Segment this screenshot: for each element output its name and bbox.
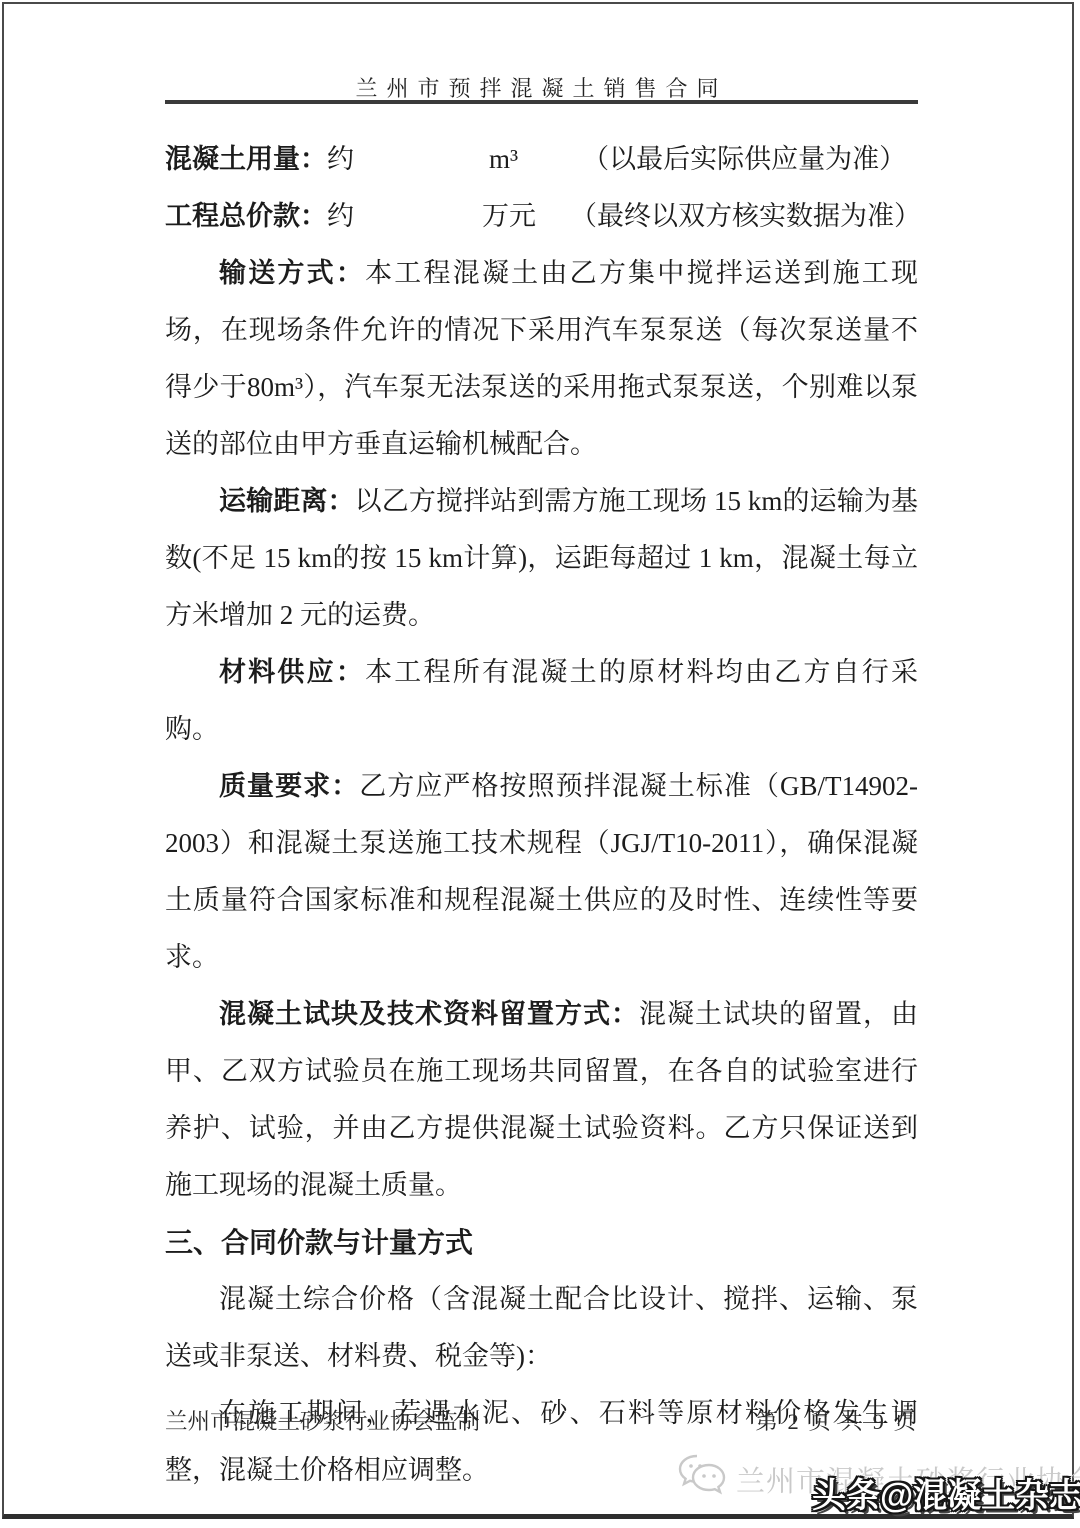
usage-field-row: 混凝土用量：约m³（以最后实际供应量为准） bbox=[165, 131, 918, 188]
price-unit: 万元 bbox=[482, 201, 536, 231]
paragraph-quality-requirement: 质量要求：乙方应严格按照预拌混凝土标准（GB/T14902-2003）和混凝土泵… bbox=[165, 758, 918, 986]
header-rule bbox=[165, 100, 918, 104]
paragraph-transport-distance: 运输距离：以乙方搅拌站到需方施工现场 15 km的运输为基数(不足 15 km的… bbox=[165, 473, 918, 644]
price-note: （最终以双方核实数据为准） bbox=[570, 201, 921, 231]
price-prefix: 约 bbox=[327, 201, 354, 231]
section-heading-price-measurement: 三、合同价款与计量方式 bbox=[165, 1214, 918, 1271]
footer-issuer: 兰州市混凝土砂浆行业协会监制 bbox=[165, 1404, 480, 1436]
document-body: 混凝土用量：约m³（以最后实际供应量为准） 工程总价款：约万元（最终以双方核实数… bbox=[165, 131, 918, 1499]
price-amount-blank bbox=[354, 224, 482, 225]
usage-unit: m³ bbox=[489, 144, 518, 174]
paragraph-test-blocks: 混凝土试块及技术资料留置方式：混凝土试块的留置，由甲、乙双方试验员在施工现场共同… bbox=[165, 986, 918, 1214]
usage-amount-blank bbox=[354, 167, 489, 168]
page-number: 第 2 页 共 9 页 bbox=[755, 1404, 918, 1436]
usage-note: （以最后实际供应量为准） bbox=[582, 144, 906, 174]
page-title: 兰州市预拌混凝土销售合同 bbox=[165, 72, 918, 103]
price-field-row: 工程总价款：约万元（最终以双方核实数据为准） bbox=[165, 188, 918, 245]
paragraph-comprehensive-price: 混凝土综合价格（含混凝土配合比设计、搅拌、运输、泵送或非泵送、材料费、税金等)： bbox=[165, 1271, 918, 1385]
chat-bubbles-logo-icon bbox=[676, 1453, 728, 1505]
toutiao-watermark: 头条@混凝土杂志 bbox=[812, 1468, 1080, 1517]
paragraph-delivery-method: 输送方式：本工程混凝土由乙方集中搅拌运送到施工现场，在现场条件允许的情况下采用汽… bbox=[165, 245, 918, 473]
paragraph-material-supply: 材料供应：本工程所有混凝土的原材料均由乙方自行采购。 bbox=[165, 644, 918, 758]
price-label: 工程总价款： bbox=[165, 201, 327, 231]
usage-prefix: 约 bbox=[327, 144, 354, 174]
page-footer: 兰州市混凝土砂浆行业协会监制 第 2 页 共 9 页 bbox=[165, 1404, 918, 1436]
usage-label: 混凝土用量： bbox=[165, 144, 327, 174]
